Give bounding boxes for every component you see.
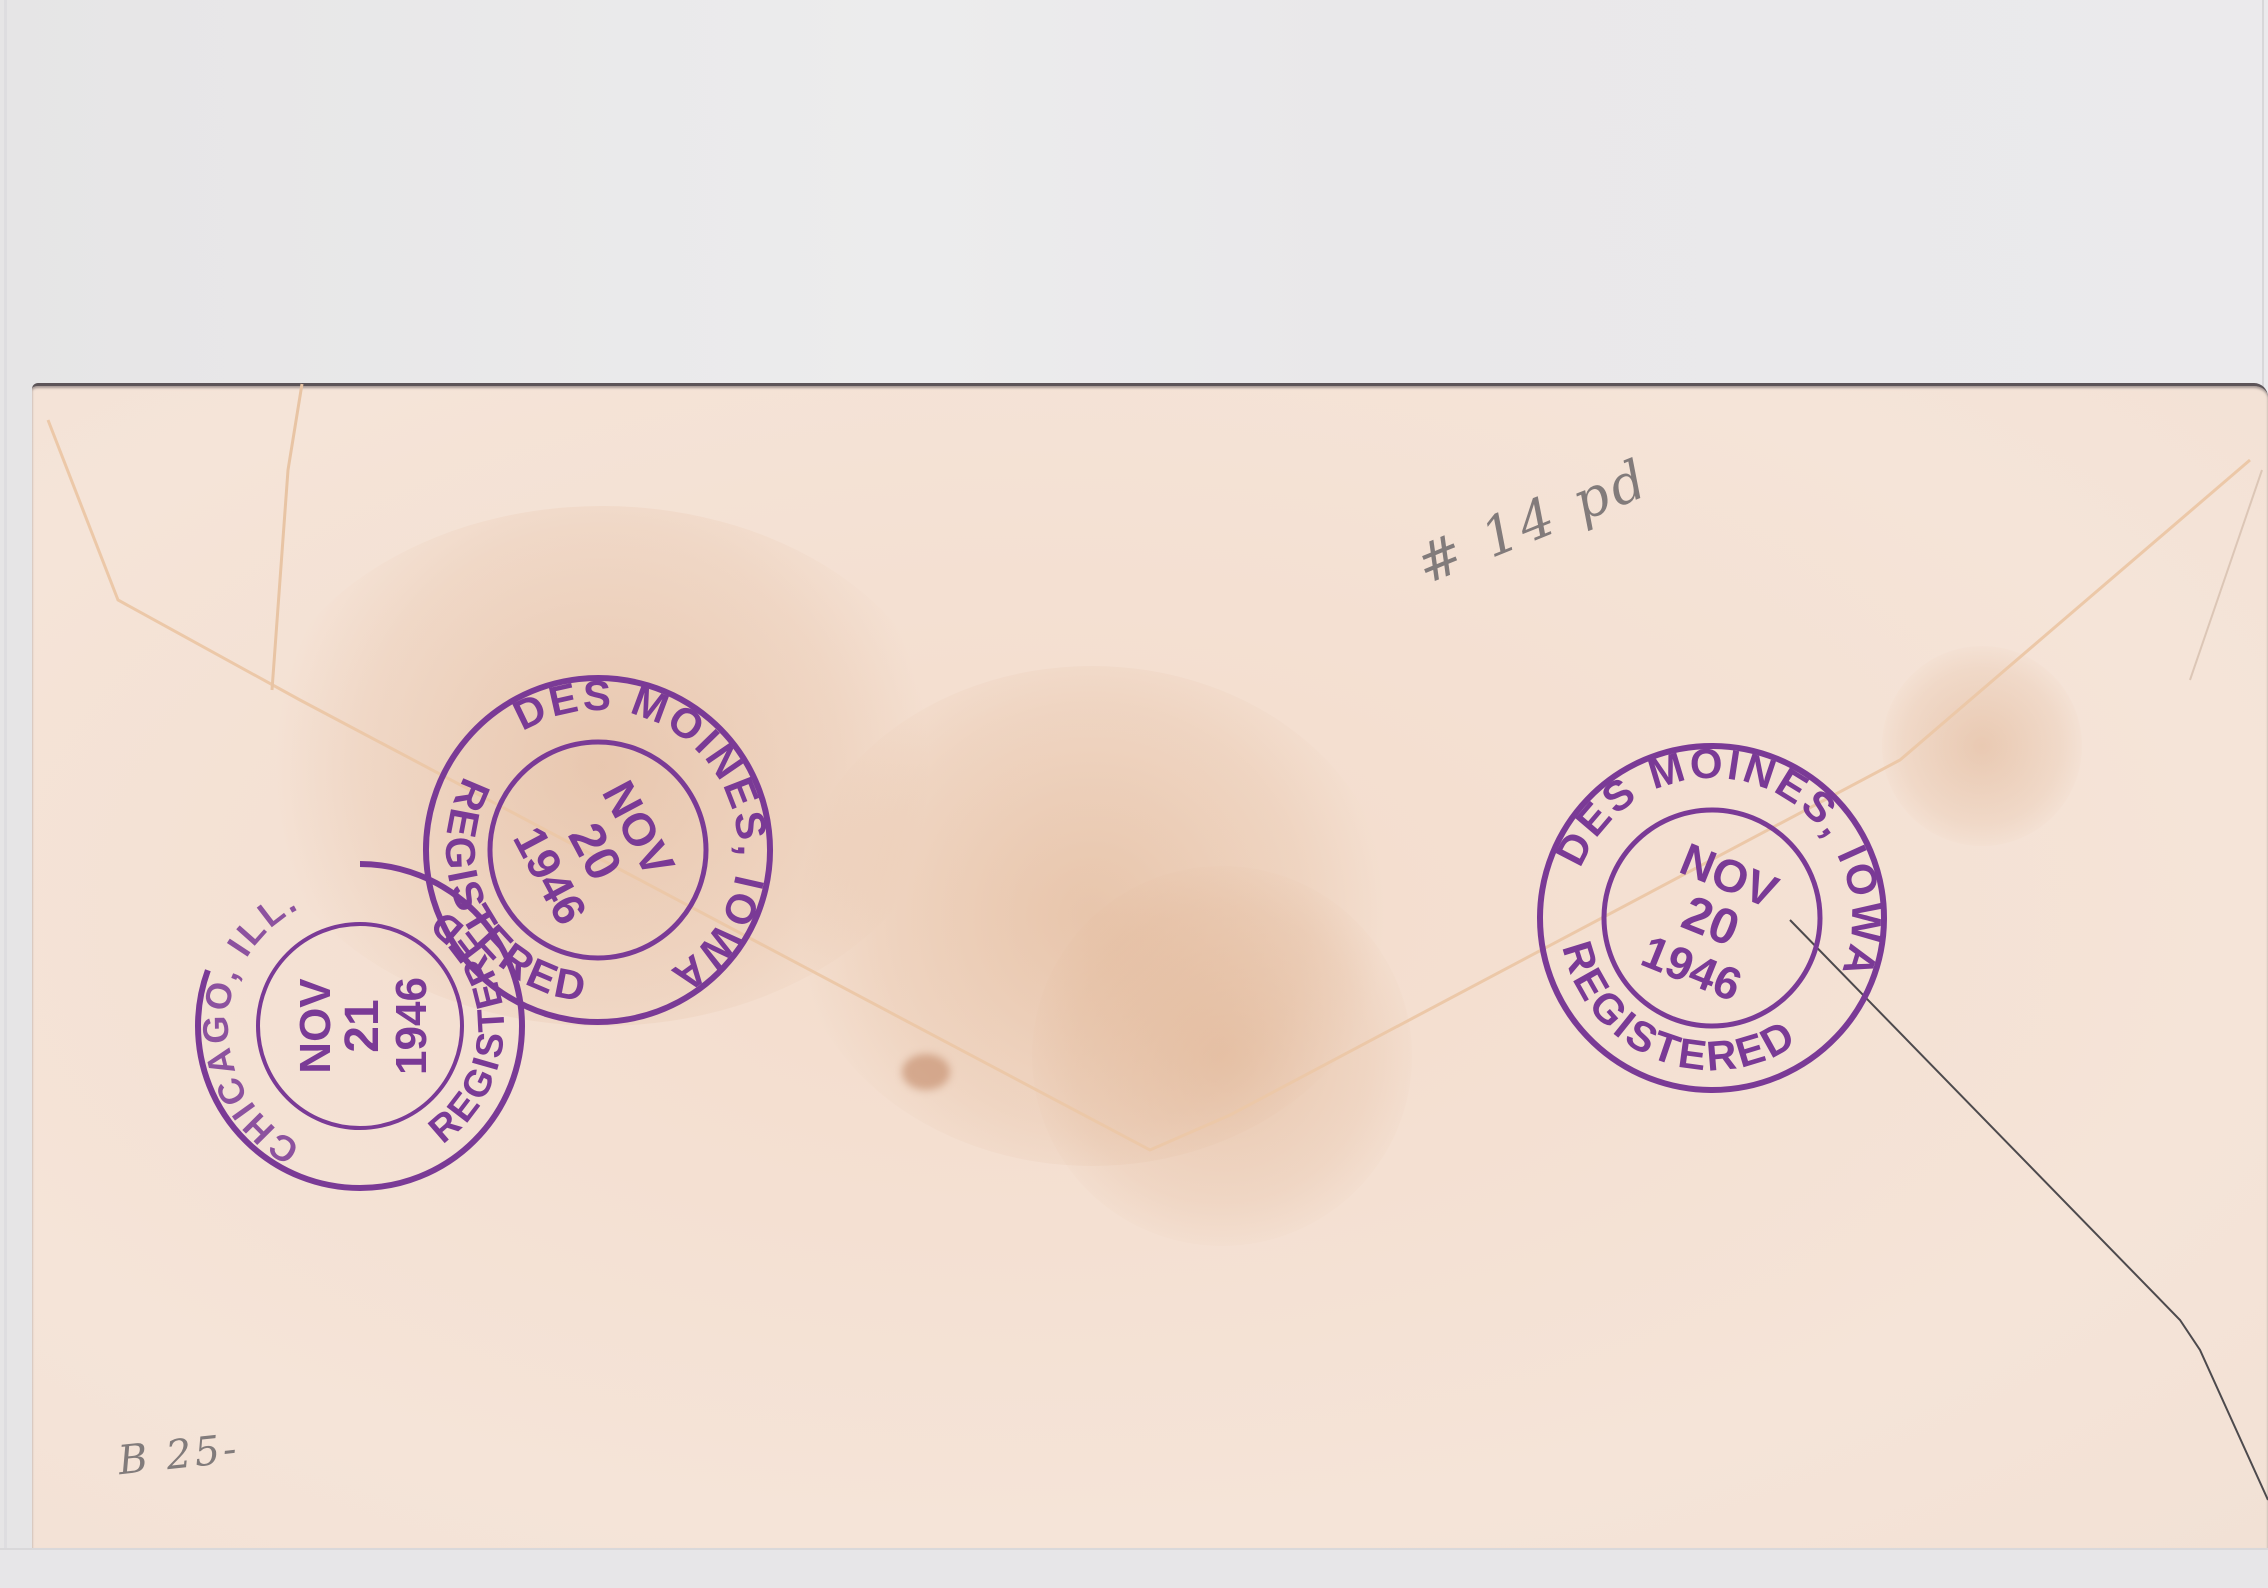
postmark-city-text: CHICAGO, ILL. bbox=[195, 879, 306, 1173]
postmark-year: 1946 bbox=[387, 977, 436, 1075]
envelope-flap-folds bbox=[0, 0, 2268, 1588]
svg-text:CHICAGO, ILL.: CHICAGO, ILL. bbox=[195, 879, 306, 1173]
postmark-day: 21 bbox=[336, 999, 389, 1052]
postmark-month: NOV bbox=[291, 978, 340, 1074]
postmark-chicago: CHICAGO, ILL. REGISTERED NOV 21 1946 bbox=[190, 856, 530, 1196]
